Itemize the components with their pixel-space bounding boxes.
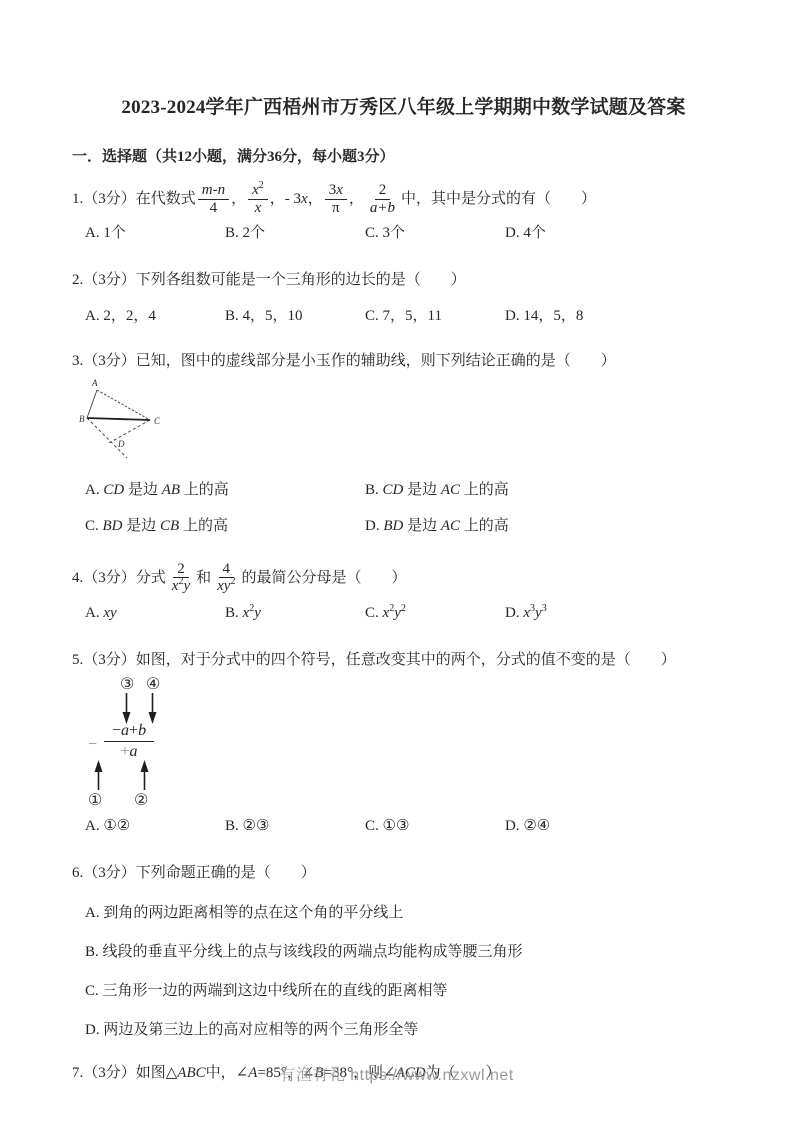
front-minus-sign: −	[88, 736, 97, 754]
triangle-figure: A B C D	[78, 377, 188, 469]
q1-tail: 中，其中是分式的有（ ）	[401, 189, 596, 209]
separator: ，	[308, 189, 323, 209]
separator: ，- 3	[270, 189, 301, 209]
option-a: A. xy	[85, 605, 225, 622]
fraction-numerator: x2	[248, 182, 268, 200]
option-b: B. 2个	[225, 221, 365, 242]
option-c: C. ①③	[365, 816, 505, 835]
option-a: A. 1个	[85, 221, 225, 242]
up-arrow-icon	[140, 760, 149, 790]
exponent: 2	[230, 576, 235, 587]
math-var: x	[255, 200, 262, 216]
auxiliary-cd	[109, 420, 150, 443]
fraction: 2 x2y	[168, 561, 194, 596]
side-ac	[97, 390, 150, 420]
question-4-stem: 4.（3分）分式 2 x2y 和 4 xy2 的最简公分母是（ ）	[72, 561, 735, 596]
fraction: m-n 4	[198, 182, 229, 217]
circled-1-label: ①	[88, 790, 102, 810]
separator: ，	[349, 189, 364, 209]
vertex-label-c: C	[154, 416, 161, 426]
math-var: x	[252, 182, 259, 198]
fraction: 4 xy2	[213, 561, 239, 596]
vertex-label-a: A	[91, 378, 98, 388]
question-4-options: A. xy B. x2y C. x2y2 D. x3y3	[72, 605, 735, 622]
option-a: A. CD 是边 AB 上的高	[85, 478, 365, 499]
option-c: C. x2y2	[365, 605, 505, 622]
fraction-numerator: 3x	[325, 182, 347, 200]
math-var: x	[336, 182, 343, 198]
option-c: C. 7，5，11	[365, 304, 505, 325]
option-d: D. 14，5，8	[505, 304, 735, 325]
circled-3-label: ③	[120, 674, 134, 694]
fraction-numerator: −a+b	[104, 722, 154, 742]
down-arrow-icon	[148, 693, 157, 725]
q5-sign-figure: ③ ④ − −a+b +a ① ②	[88, 676, 308, 810]
option-a: A. 到角的两边距离相等的点在这个角的平分线上	[72, 901, 735, 922]
option-c: C. 三角形一边的两端到这边中线所在的直线的距离相等	[72, 979, 735, 1000]
option-b: B. ②③	[225, 816, 365, 835]
vertex-label-b: B	[79, 414, 85, 424]
section-heading: 一．选择题（共12小题，满分36分，每小题3分）	[72, 145, 735, 166]
option-b: B. CD 是边 AC 上的高	[365, 478, 735, 499]
fraction: 2 a+b	[366, 182, 399, 217]
circled-4-label: ④	[146, 674, 160, 694]
math-var: a+b	[370, 200, 395, 216]
fraction-denominator: 4	[206, 200, 222, 217]
exponent: 2	[259, 180, 264, 191]
circled-2-label: ②	[134, 790, 148, 810]
question-2-options: A. 2，2，4 B. 4，5，10 C. 7，5，11 D. 14，5，8	[72, 304, 735, 325]
fraction-numerator: m-n	[198, 182, 229, 200]
q4-mid: 和	[196, 568, 211, 588]
fraction-denominator: xy2	[213, 578, 239, 595]
question-6-stem: 6.（3分）下列命题正确的是（ ）	[72, 863, 735, 883]
option-d: D. x3y3	[505, 605, 735, 622]
q4-tail: 的最简公分母是（ ）	[241, 568, 406, 588]
side-bc	[87, 418, 150, 420]
q1-lead: 1.（3分）在代数式	[72, 189, 196, 209]
fraction-denominator: x	[251, 200, 266, 217]
question-3-stem: 3.（3分）已知，图中的虚线部分是小玉作的辅助线，则下列结论正确的是（ ）	[72, 351, 735, 371]
side-ab	[87, 390, 97, 418]
option-a: A. 2，2，4	[85, 304, 225, 325]
option-d: D. BD 是边 AC 上的高	[365, 514, 735, 535]
option-c: C. BD 是边 CB 上的高	[85, 514, 365, 535]
footer-watermark: 有渔有礼 https://www.nzxwl.net	[0, 1062, 793, 1085]
option-d: D. 两边及第三边上的高对应相等的两个三角形全等	[72, 1018, 735, 1039]
question-1-options: A. 1个 B. 2个 C. 3个 D. 4个	[72, 221, 735, 242]
option-a: A. ①②	[85, 816, 225, 835]
question-5-options: A. ①② B. ②③ C. ①③ D. ②④	[72, 816, 735, 835]
up-arrow-icon	[94, 760, 103, 790]
option-c: C. 3个	[365, 221, 505, 242]
fraction-denominator: x2y	[168, 578, 194, 595]
question-1-stem: 1.（3分）在代数式 m-n 4 ， x2 x ，- 3x， 3x π ， 2 …	[72, 182, 735, 217]
fraction: 3x π	[325, 182, 347, 217]
fraction: −a+b +a	[104, 722, 154, 760]
fraction-denominator: π	[328, 200, 344, 217]
option-b: B. x2y	[225, 605, 365, 622]
question-6-options: A. 到角的两边距离相等的点在这个角的平分线上 B. 线段的垂直平分线上的点与该…	[72, 901, 735, 1039]
separator: ，	[231, 189, 246, 209]
option-b: B. 4，5，10	[225, 304, 365, 325]
vertex-label-d: D	[117, 439, 125, 449]
fraction-denominator: a+b	[366, 200, 399, 217]
down-arrow-icon	[122, 693, 131, 725]
fraction-numerator: 2	[375, 182, 391, 200]
page-title: 2023-2024学年广西梧州市万秀区八年级上学期期中数学试题及答案	[72, 95, 735, 121]
fraction: x2 x	[248, 182, 268, 217]
option-b: B. 线段的垂直平分线上的点与该线段的两端点均能构成等腰三角形	[72, 940, 735, 961]
question-2-stem: 2.（3分）下列各组数可能是一个三角形的边长的是（ ）	[72, 270, 735, 290]
auxiliary-bd	[87, 418, 127, 458]
option-d: D. 4个	[505, 221, 735, 242]
math-var: x	[301, 189, 308, 209]
q4-lead: 4.（3分）分式	[72, 568, 166, 588]
option-d: D. ②④	[505, 816, 735, 835]
fraction-denominator: +a	[104, 742, 154, 761]
question-5-stem: 5.（3分）如图，对于分式中的四个符号，任意改变其中的两个，分式的值不变的是（ …	[72, 650, 735, 670]
question-3-options: A. CD 是边 AB 上的高 B. CD 是边 AC 上的高 C. BD 是边…	[72, 478, 735, 535]
math-var: m-n	[202, 182, 225, 198]
exam-page: 2023-2024学年广西梧州市万秀区八年级上学期期中数学试题及答案 一．选择题…	[0, 0, 793, 1122]
